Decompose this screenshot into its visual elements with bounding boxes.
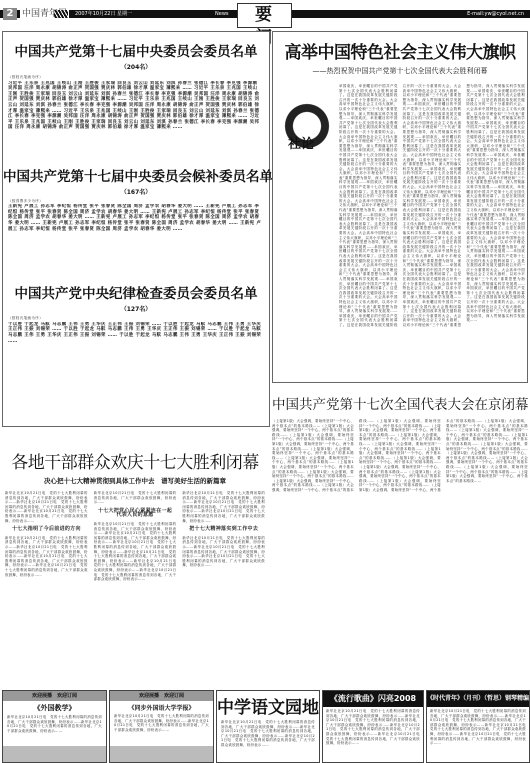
celebration-column-2: 新华社北京10月21日电 党的十七大胜利闭幕的消息传到各地，广大干部群众欢欣鼓舞… bbox=[94, 491, 177, 674]
editorial-box: 高举中国特色社会主义伟大旗帜 ——热烈祝贺中国共产党第十七次全国代表大会胜利闭幕… bbox=[272, 31, 528, 383]
editorial-logo-text: 社论 bbox=[288, 133, 314, 152]
email-link[interactable]: E-mail:yw@cyol.net.cn bbox=[467, 10, 524, 18]
alternate-members-names: 王新宪 卢展工 孙志军 李纪恒 杨传堂 张平 张春贤 陈全国 周济 孟学农 胡春… bbox=[3, 204, 269, 274]
ad-times-youth[interactable]: 《时代青年》（月刊）（哲思）钢琴精编 新华社北京10月21日电 党的十七大胜利闭… bbox=[426, 690, 530, 763]
celebration-subhead-1: 十七大指明了今后前进的方向 bbox=[5, 527, 88, 532]
alternate-members-title: 中国共产党第十七届中央委员会候补委员名单 bbox=[3, 165, 269, 185]
celebration-column-3: 新华社北京10月21日电 党的十七大胜利闭幕的消息传到各地，广大干部群众欢欣鼓舞… bbox=[182, 491, 265, 674]
central-committee-title: 中国共产党第十七届中央委员会委员名单 bbox=[3, 40, 269, 60]
celebration-title: 各地干部群众欢庆十七大胜利闭幕 bbox=[2, 448, 268, 473]
ad-pop-songs[interactable]: 《流行歌曲》闪亮2008 新华社北京10月21日电 党的十七大胜利闭幕的消息传到… bbox=[322, 690, 424, 763]
ad-foreign-teaching[interactable]: 欢迎展播 欢迎订阅 《外国教学》 新华社北京10月21日电 党的十七大胜利闭幕的… bbox=[2, 690, 107, 763]
congress-close-body: （上接第1版）大会强调，要始终坚持“一个中心、两个基本点”的基本路线……（上接第… bbox=[272, 419, 528, 671]
hatch-decoration bbox=[54, 10, 68, 18]
celebration-column-1: 新华社北京10月21日电 党的十七大胜利闭幕的消息传到各地，广大干部群众欢欣鼓舞… bbox=[5, 491, 88, 674]
section-title: 要闻 bbox=[237, 3, 292, 28]
discipline-commission-title: 中国共产党中央纪律检查委员会委员名单 bbox=[3, 282, 269, 302]
ad-title: 《时代青年》（月刊）（哲思）钢琴精编 bbox=[427, 691, 529, 707]
ad-title: 中学语文园地 bbox=[217, 693, 319, 718]
ad-title: 《外国教学》 bbox=[3, 703, 106, 713]
ad-foreign-language-journal[interactable]: 欢迎展播 欢迎订阅 《同步外国语大学学报》 新华社北京10月21日电 党的十七大… bbox=[109, 690, 214, 763]
alternate-members-count: （167名） bbox=[3, 187, 269, 196]
issue-date: 2007年10月22日 星期一 bbox=[75, 10, 132, 18]
editorial-subtitle: ——热烈祝贺中国共产党第十七次全国代表大会胜利闭幕 bbox=[273, 66, 527, 76]
page-header: 2 中国青年报 2007年10月22日 星期一 News 要闻 E-mail:y… bbox=[0, 0, 530, 22]
ad-title: 《流行歌曲》闪亮2008 bbox=[323, 691, 423, 707]
page-number: 2 bbox=[3, 8, 17, 20]
discipline-commission-names: 于以胜 于起龙 马馼 马志鹏 王伟 王勇 王华庆 王正伟 王振 刘锡荣 …… 于… bbox=[3, 322, 269, 370]
ad-chinese-garden[interactable]: 中学语文园地 新华社北京10月21日电 党的十七大胜利闭幕的消息传到各地，广大干… bbox=[216, 690, 320, 763]
discipline-commission-count: （127名） bbox=[3, 304, 269, 313]
celebration-subtitle: 决心把十七大精神贯彻到具体工作中去 谱写美好生活的新篇章 bbox=[2, 476, 268, 485]
celebration-subhead-2: 十七大把党心民心紧紧连在一起 代表人民的意愿 bbox=[94, 509, 177, 518]
congress-close-title: 中国共产党第十七次全国代表大会在京闭幕 bbox=[272, 393, 528, 413]
celebration-article: 各地干部群众欢庆十七大胜利闭幕 决心把十七大精神贯彻到具体工作中去 谱写美好生活… bbox=[2, 448, 268, 674]
celebration-subhead-3: 把十七大精神落实到工作中去 bbox=[182, 527, 265, 532]
congress-close-article: 中国共产党第十七次全国代表大会在京闭幕 （上接第1版）大会强调，要始终坚持“一个… bbox=[272, 393, 528, 671]
news-label: News bbox=[215, 10, 229, 18]
central-committee-count: （204名） bbox=[3, 62, 269, 71]
central-committee-names: 习近平 王乐泉 王兆国 王岐山 王刚 王胜俊 王家瑞 回良玉 刘云山 刘延东 刘… bbox=[3, 81, 269, 159]
ad-title: 《同步外国语大学学报》 bbox=[110, 703, 213, 712]
name-lists-box: 中国共产党第十七届中央委员会委员名单 （204名） （按姓氏笔画为序） 习近平 … bbox=[2, 31, 270, 427]
editorial-title: 高举中国特色社会主义伟大旗帜 bbox=[273, 38, 527, 63]
